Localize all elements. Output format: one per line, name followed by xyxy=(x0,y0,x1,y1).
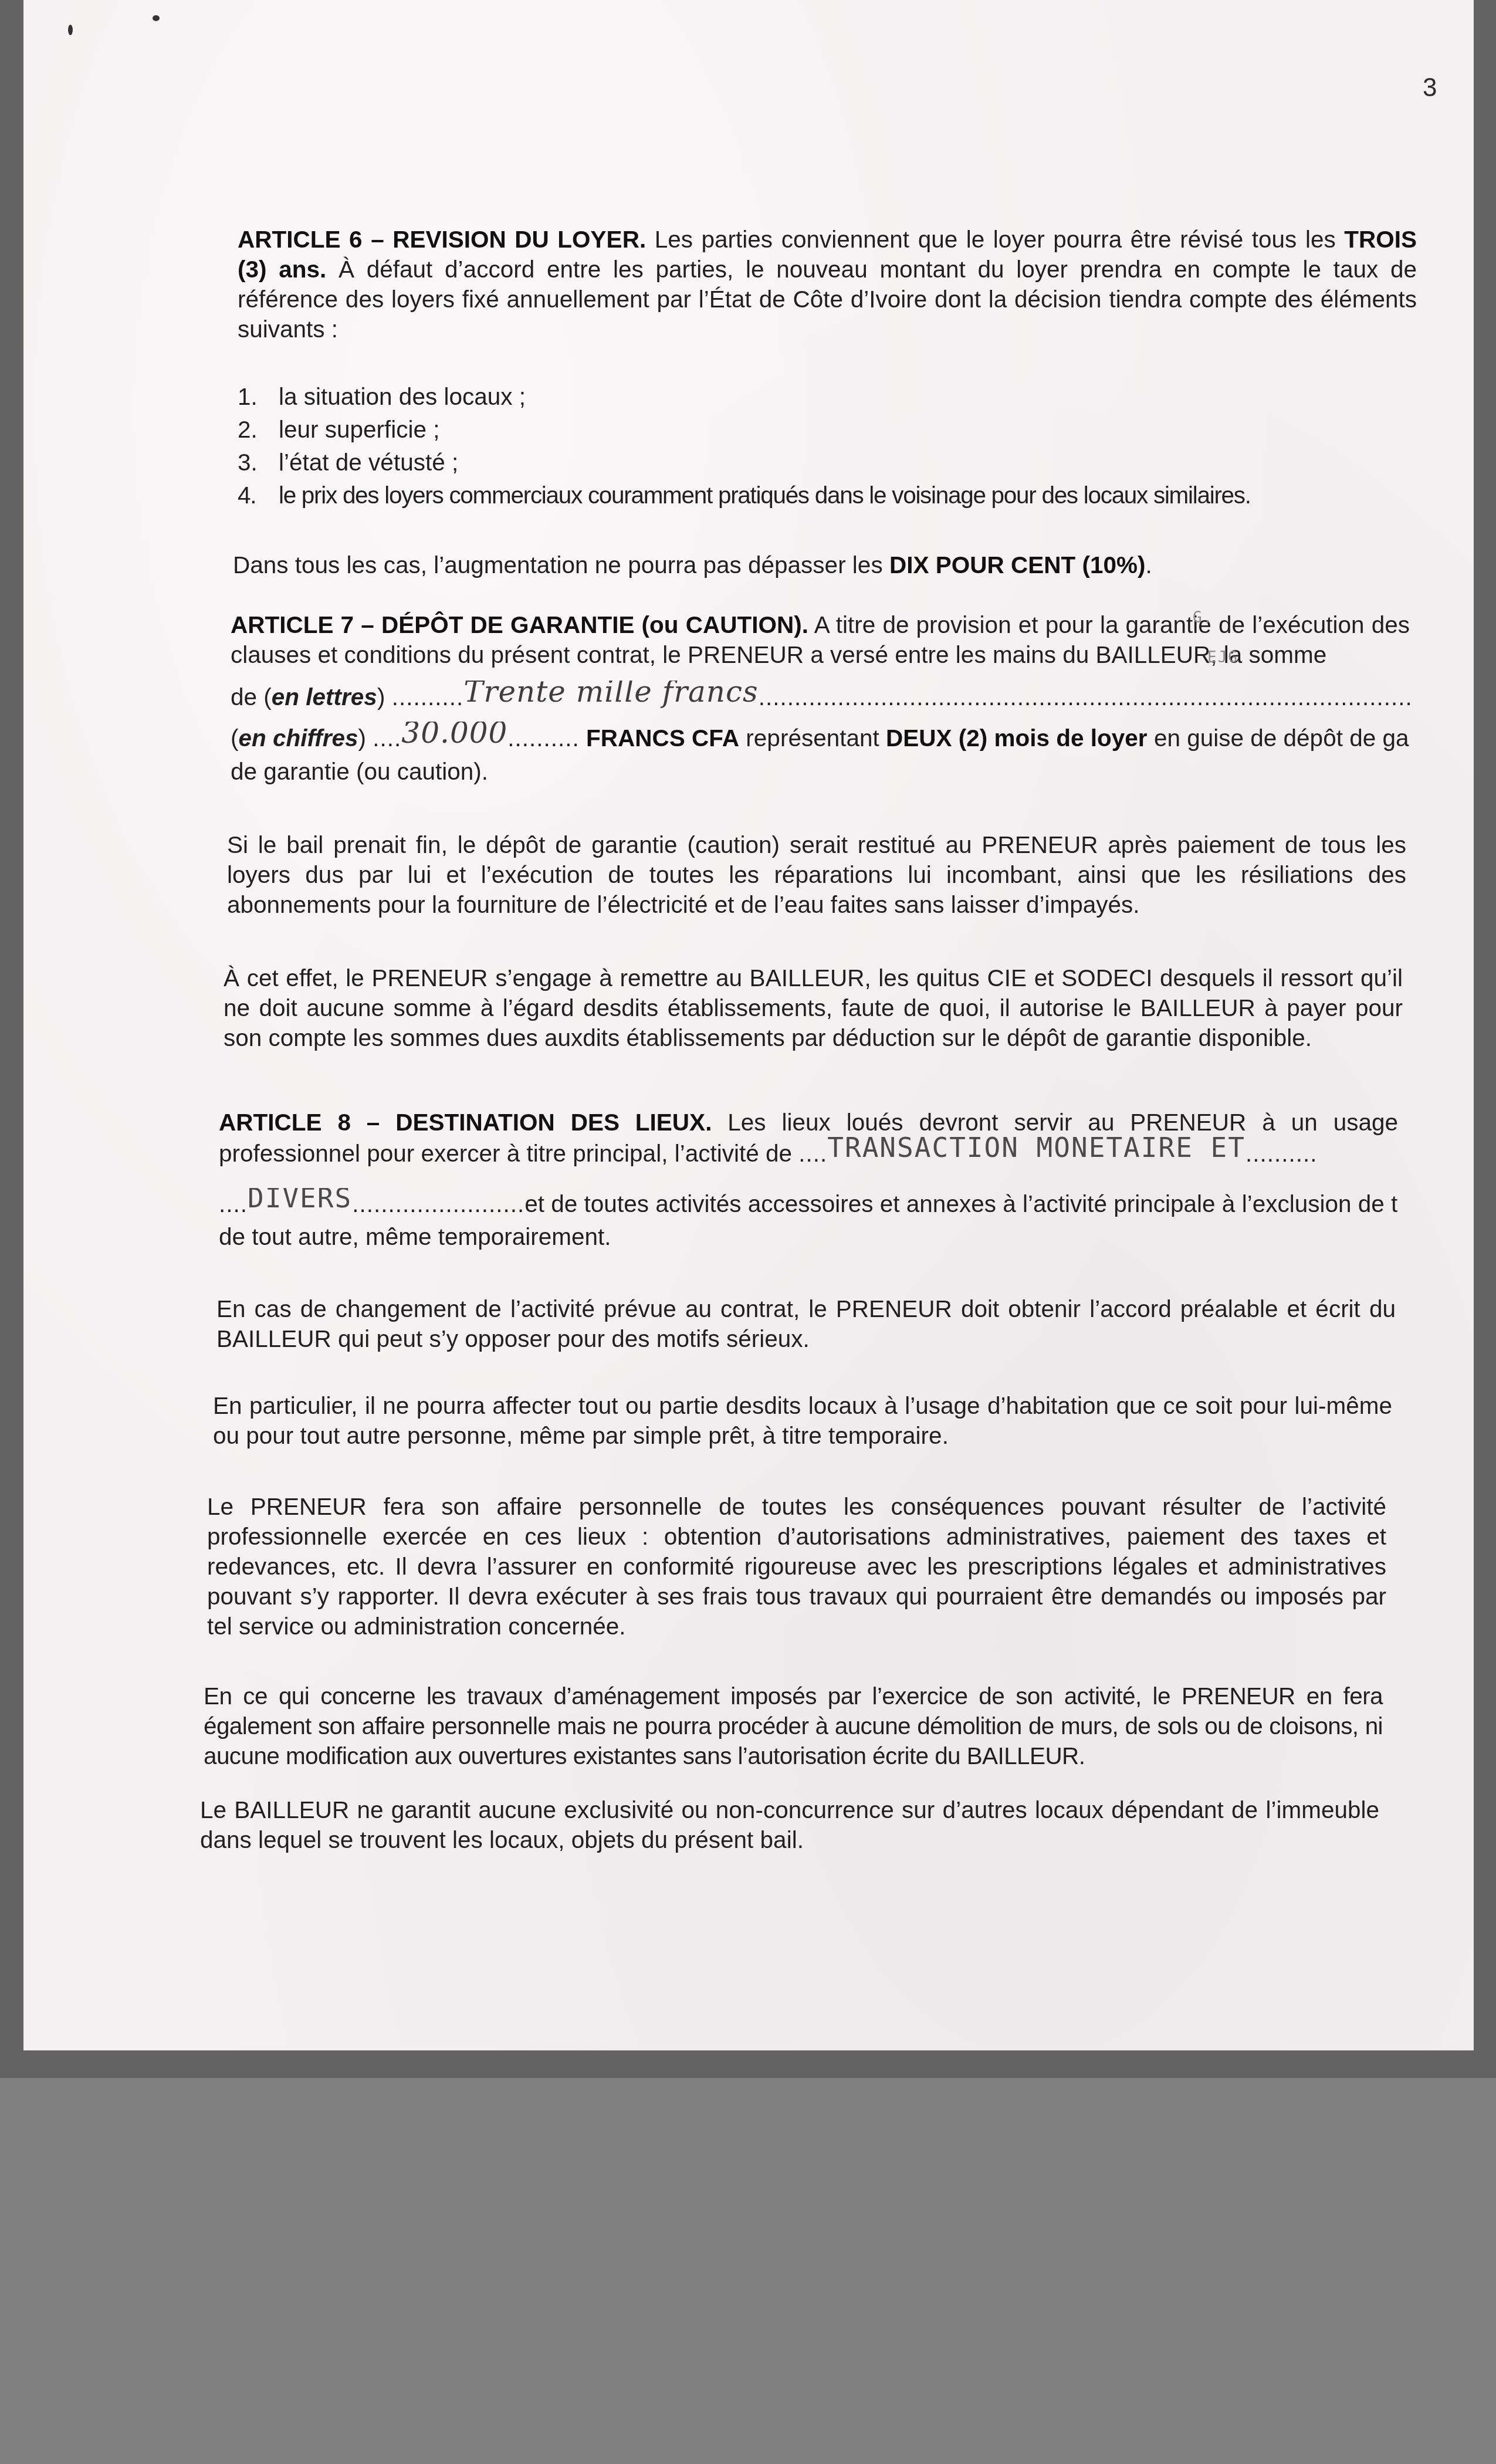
article-7-quitus-paragraph: À cet effet, le PRENEUR s’engage à remet… xyxy=(224,963,1403,1053)
fill-dots: .......... xyxy=(392,683,464,710)
scan-speck xyxy=(68,25,73,35)
article-8-intro: ARTICLE 8 – DESTINATION DES LIEUX. Les l… xyxy=(219,1108,1398,1169)
en-lettres-label: en lettres xyxy=(272,683,377,710)
en-chiffres-label: en chiffres xyxy=(239,725,358,752)
cap-percentage: DIX POUR CENT (10%) xyxy=(889,551,1146,578)
list-number: 4. xyxy=(238,480,279,513)
paragraph-text: Si le bail prenait fin, le dépôt de gara… xyxy=(227,830,1406,920)
paragraph-text: Le BAILLEUR ne garantit aucune exclusivi… xyxy=(200,1795,1379,1855)
list-text: la situation des locaux ; xyxy=(279,382,526,415)
paragraph-text: En ce qui concerne les travaux d’aménage… xyxy=(204,1681,1383,1771)
article-8-exclusivity-paragraph: Le BAILLEUR ne garantit aucune exclusivi… xyxy=(200,1795,1379,1855)
fill-dots: .... xyxy=(373,725,401,752)
deposit-amount-letters-handwritten: Trente mille francs xyxy=(463,681,759,709)
list-number: 1. xyxy=(238,382,279,415)
cap-text: Dans tous les cas, l’augmentation ne pou… xyxy=(233,551,889,578)
activity-handwritten-line-2: DIVERS xyxy=(248,1188,352,1214)
activity-end-text: et de toutes activités accessoires et an… xyxy=(524,1190,1398,1217)
article-8-habitation-paragraph: En particulier, il ne pourra affecter to… xyxy=(213,1391,1392,1451)
list-item: 3.l’état de vétusté ; xyxy=(238,448,1251,480)
fill-dots: .......... xyxy=(1245,1140,1318,1167)
list-item: 1.la situation des locaux ; xyxy=(238,382,1251,415)
deposit-amount-figures-line: (en chiffres) ....30.000.......... FRANC… xyxy=(231,722,1410,756)
fill-dots: .... xyxy=(798,1140,827,1167)
list-item: 2.leur superficie ; xyxy=(238,415,1251,448)
deposit-amount-letters-line: de (en lettres) ..........Trente mille f… xyxy=(231,681,1410,715)
list-text: l’état de vétusté ; xyxy=(279,448,458,480)
representing-text: représentant xyxy=(739,725,886,752)
article-6-text: Les parties conviennent que le loyer pou… xyxy=(646,226,1344,253)
label-text: ) xyxy=(358,725,373,752)
list-item: 4.le prix des loyers commerciaux couramm… xyxy=(238,480,1251,513)
paragraph-text: À cet effet, le PRENEUR s’engage à remet… xyxy=(224,963,1403,1053)
article-7-heading: ARTICLE 7 – DÉPÔT DE GARANTIE (ou CAUTIO… xyxy=(231,611,808,638)
scan-speck xyxy=(153,15,160,21)
fill-dots: .......... xyxy=(507,725,580,752)
revision-criteria-list: 1.la situation des locaux ; 2.leur super… xyxy=(238,382,1251,513)
fill-dots: ........................ xyxy=(352,1190,524,1217)
list-number: 2. xyxy=(238,415,279,448)
article-8-heading: ARTICLE 8 – DESTINATION DES LIEUX. xyxy=(219,1109,712,1136)
activity-handwritten-line-1: TRANSACTION MONETAIRE ET xyxy=(827,1132,1245,1163)
list-text: leur superficie ; xyxy=(279,415,440,448)
deposit-end-text: en guise de dépôt de garantie (ou cautio… xyxy=(1148,725,1410,752)
deposit-amount-figures-handwritten: 30.000 xyxy=(401,722,507,750)
label-text: de ( xyxy=(231,683,272,710)
list-number: 3. xyxy=(238,448,279,480)
article-6-intro: ARTICLE 6 – REVISION DU LOYER. Les parti… xyxy=(238,225,1417,344)
currency: FRANCS CFA xyxy=(586,725,739,752)
label-text: ( xyxy=(231,725,239,752)
list-text: le prix des loyers commerciaux courammen… xyxy=(279,480,1251,513)
paragraph-text: En particulier, il ne pourra affecter to… xyxy=(213,1391,1392,1451)
article-8-works-paragraph: En ce qui concerne les travaux d’aménage… xyxy=(204,1681,1383,1771)
increase-cap: Dans tous les cas, l’augmentation ne pou… xyxy=(233,550,1418,580)
cap-end: . xyxy=(1145,551,1152,578)
article-8-change-paragraph: En cas de changement de l’activité prévu… xyxy=(216,1294,1396,1354)
faded-stamp-mark: G. xyxy=(1193,603,1213,633)
deposit-end-line: de garantie (ou caution). xyxy=(231,757,1410,787)
page-number: 3 xyxy=(1423,73,1437,103)
article-8-consequences-paragraph: Le PRENEUR fera son affaire personnelle … xyxy=(207,1492,1386,1641)
article-7-refund-paragraph: Si le bail prenait fin, le dépôt de gara… xyxy=(227,830,1406,920)
fill-dots: ........................................… xyxy=(759,683,1410,710)
label-text: ) xyxy=(377,683,392,710)
article-6-text-cont: À défaut d’accord entre les parties, le … xyxy=(238,256,1417,343)
months-of-rent: DEUX (2) mois de loyer xyxy=(886,725,1148,752)
faded-stamp-mark: EJG xyxy=(1207,643,1238,673)
activity-end-line: de tout autre, même temporairement. xyxy=(219,1222,1398,1252)
paragraph-text: Le PRENEUR fera son affaire personnelle … xyxy=(207,1492,1386,1641)
activity-line-2: ....DIVERS........................et de … xyxy=(219,1188,1398,1222)
paragraph-text: En cas de changement de l’activité prévu… xyxy=(216,1294,1396,1354)
article-6-heading: ARTICLE 6 – REVISION DU LOYER. xyxy=(238,226,646,253)
fill-dots: .... xyxy=(219,1190,248,1217)
